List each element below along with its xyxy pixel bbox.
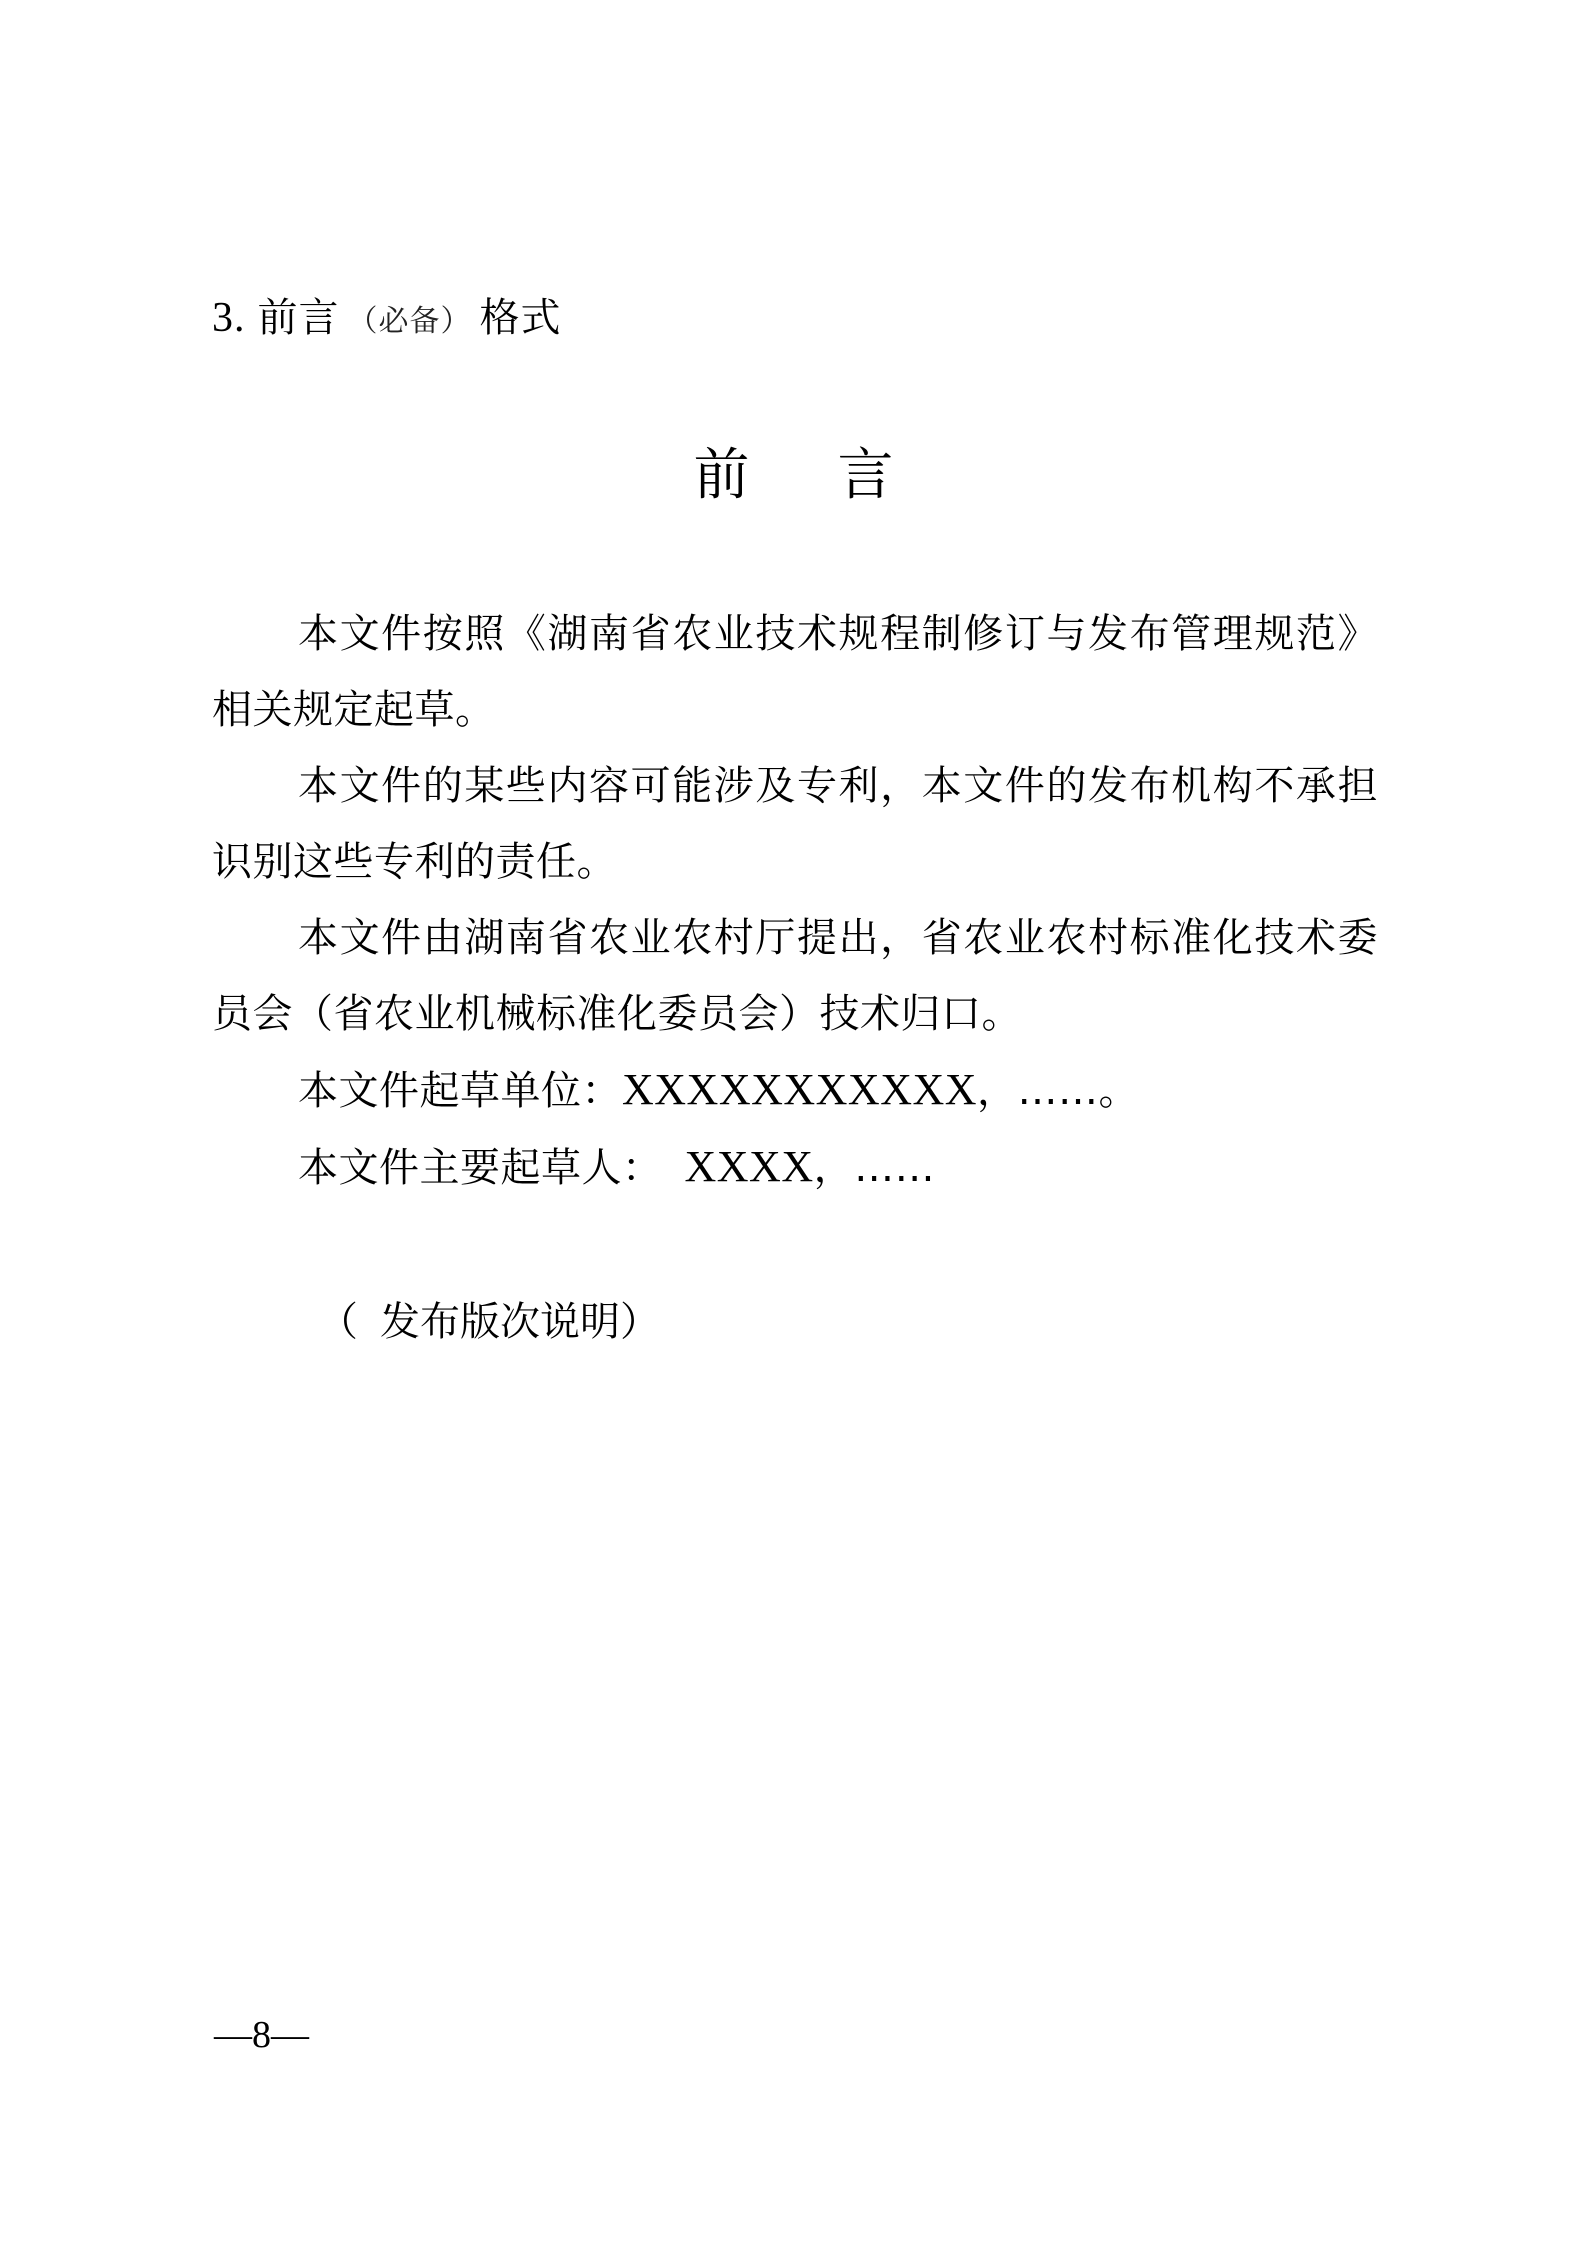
paragraph-proposer: 本文件由湖南省农业农村厅提出，省农业农村标准化技术委员会（省农业机械标准化委员会… bbox=[212, 900, 1378, 1052]
page-number: —8— bbox=[214, 2010, 309, 2060]
drafters-label: 本文件主要起草人： bbox=[298, 1145, 663, 1191]
drafting-units-value: XXXXXXXXXXX bbox=[622, 1065, 977, 1114]
foreword-body: 本文件按照《湖南省农业技术规程制修订与发布管理规范》相关规定起草。 本文件的某些… bbox=[212, 596, 1378, 1206]
release-note-close-paren: ） bbox=[620, 1299, 660, 1345]
section-suffix: 格式 bbox=[480, 295, 562, 341]
section-title: 前言 bbox=[258, 295, 340, 341]
drafters-value: XXXX bbox=[685, 1142, 814, 1191]
section-heading: 3.前言（必备）格式 bbox=[212, 290, 562, 350]
paragraph-drafting-units: 本文件起草单位：XXXXXXXXXXX，……。 bbox=[212, 1052, 1378, 1129]
title-char-1: 前 bbox=[694, 443, 750, 508]
document-title: 前言 bbox=[0, 440, 1587, 512]
paragraph-drafting-basis: 本文件按照《湖南省农业技术规程制修订与发布管理规范》相关规定起草。 bbox=[212, 596, 1378, 748]
section-note: （必备） bbox=[348, 304, 472, 339]
section-number: 3. bbox=[212, 295, 246, 341]
release-note-open-paren: （ bbox=[318, 1299, 358, 1345]
document-page: 3.前言（必备）格式 前言 本文件按照《湖南省农业技术规程制修订与发布管理规范》… bbox=[0, 0, 1587, 2245]
drafters-tail: ，…… bbox=[814, 1145, 936, 1191]
paragraph-drafters: 本文件主要起草人：XXXX，…… bbox=[212, 1129, 1378, 1206]
release-note-text: 发布版次说明 bbox=[380, 1299, 620, 1345]
paragraph-patent-notice: 本文件的某些内容可能涉及专利，本文件的发布机构不承担识别这些专利的责任。 bbox=[212, 748, 1378, 900]
drafting-units-label: 本文件起草单位： bbox=[298, 1068, 622, 1114]
title-char-2: 言 bbox=[838, 443, 894, 508]
release-version-note: （发布版次说明） bbox=[318, 1294, 660, 1350]
drafting-units-tail: ，……。 bbox=[977, 1068, 1139, 1114]
